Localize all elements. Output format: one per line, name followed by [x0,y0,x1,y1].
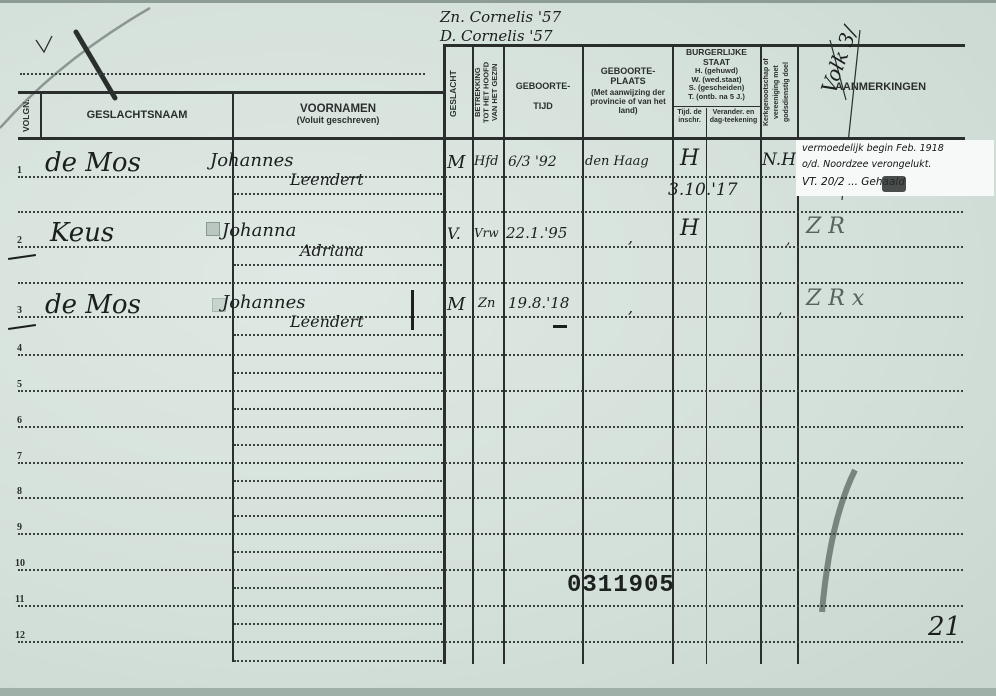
row-subline-9 [234,551,442,553]
note-line-1: vermoedelijk begin Feb. 1918 [802,143,944,154]
header-geslacht: GESLACHT [449,52,467,136]
entry-2-geslacht: V. [447,224,461,243]
entry-2-aanmerking: Z R [806,214,845,239]
header-verander: Verander. en dag-teekening [707,109,760,125]
ink-stamp-icon [882,176,906,192]
row-subline-7 [234,480,442,482]
entry-2-burgerlijke-staat: H [680,216,699,241]
row-number-5: 5 [17,379,22,390]
registration-card: Zn. Cornelis '57 D. Cornelis '57 VOLGN. … [0,0,996,696]
entry-1-aanmerking-note: vermoedelijk begin Feb. 1918 o/d. Noordz… [796,140,994,196]
entry-2-geboortetijd: 22.1.'95 [506,224,567,242]
header-geboortetijd-line1: GEBOORTE- [504,76,582,96]
vertical-mark [411,290,414,330]
row-subline-11 [234,623,442,625]
entry-3-firstname-2: Leendert [290,312,364,331]
row-subline-2 [234,264,442,266]
top-annotation-line1: Zn. Cornelis '57 [440,8,561,26]
entry-2-firstname-1: Johanna [222,220,296,241]
entry-1-betrekking: Hfd [474,154,498,169]
header-kerkgenootschap: Kerkgenootschap of vereeniging met godsd… [762,48,796,136]
header-betrekking: BETREKKING TOT HET HOOFD VAN HET GEZIN [474,48,502,136]
card-number: 0311905 [567,572,675,599]
entry-3-geslacht: M [447,294,465,315]
header-geboorteplaats-line2: PLAATS [584,76,672,86]
row-line-1b [18,211,963,213]
header-dotted-line [20,73,425,75]
note-line-2: o/d. Noordzee verongelukt. [802,159,931,170]
row-number-7: 7 [17,451,22,462]
burgerlijke-staat-subdivider [673,106,760,107]
top-annotation-line2: D. Cornelis '57 [440,27,553,45]
row-number-4: 4 [17,343,22,354]
row-number-1: 1 [17,165,22,176]
entry-3-firstname-1: Johannes [222,292,305,313]
entry-3-aanmerking: Z R x [806,286,864,311]
entry-3-betrekking: Zn [478,296,495,311]
row-number-9: 9 [17,522,22,533]
row-line-2b [18,282,963,284]
header-geboorteplaats: GEBOORTE- PLAATS (Met aanwijzing der pro… [584,66,672,115]
entry-2-geboorteplaats: , [628,228,633,247]
entry-3-surname: de Mos [45,290,141,320]
row-subline-8 [234,515,442,517]
header-top-left-border [18,91,444,94]
row-subline-1 [234,193,442,195]
entry-2-betrekking: Vrw [474,226,499,240]
row-line-9 [18,533,963,535]
header-geslachtsnaam: GESLACHTSNAAM [42,110,232,121]
row-line-10 [18,569,963,571]
entry-1-geboorteplaats: den Haag [585,154,649,169]
header-voornamen-sub: (Voluit geschreven) [234,115,442,126]
row-number-12: 12 [15,630,25,641]
row-subline-12 [234,660,442,662]
entry-2-surname: Keus [50,218,114,248]
header-tijd-inschr: Tijd. de inschr. [673,109,706,125]
row-number-8: 8 [17,486,22,497]
checkbox-mark-icon [206,222,220,236]
entry-3-geboorteplaats: , [628,298,633,317]
header-geboortetijd-line2: TIJD [504,96,582,116]
header-burgerlijke-staat-title: BURGERLIJKE STAAT [673,48,760,67]
row-subline-5 [234,408,442,410]
entry-2-kerkgenootschap: , [786,232,790,248]
row-number-2: 2 [17,235,22,246]
entry-1-firstname-1: Johannes [210,150,293,171]
page-mark: 21 [928,612,961,642]
row-line-6 [18,426,963,428]
entry-2-firstname-2: Adriana [300,241,364,260]
row-number-10: 10 [15,558,25,569]
row-line-11 [18,605,963,607]
header-geboorteplaats-sub: (Met aanwijzing der provincie of van het… [584,88,672,115]
entry-3-geboortetijd: 19.8.'18 [508,294,569,312]
header-burgerlijke-staat: BURGERLIJKE STAAT H. (gehuwd) W. (wed.st… [673,48,760,101]
row-subline-3 [234,334,442,336]
header-geboorteplaats-line1: GEBOORTE- [584,66,672,76]
row-line-4 [18,354,963,356]
year-underline [553,325,567,328]
row-number-11: 11 [15,594,24,605]
entry-1-geboortetijd: 6/3 '92 [508,154,557,170]
row-subline-10 [234,587,442,589]
entry-1-burgerlijke-staat: H [680,146,699,171]
row-number-6: 6 [17,415,22,426]
row-line-12 [18,641,963,643]
entry-1-firstname-2: Leendert [290,170,364,189]
entry-1-surname: de Mos [45,148,141,178]
header-voornamen-title: VOORNAMEN [300,103,376,115]
row-subline-4 [234,372,442,374]
row-line-5 [18,390,963,392]
row-line-3 [18,316,963,318]
row-subline-6 [234,444,442,446]
entry-1-verandering: 3.10.'17 [668,180,738,200]
row-line-8 [18,497,963,499]
entry-3-kerkgenootschap: , [778,302,782,318]
header-volgn: VOLGN. [22,96,36,136]
row-line-2 [18,246,963,248]
entry-1-geslacht: M [447,152,465,173]
header-bs-option-4: T. (ontb. na 5 J.) [673,93,760,102]
header-voornamen: VOORNAMEN (Voluit geschreven) [234,104,442,126]
row-number-3: 3 [17,305,22,316]
row-line-7 [18,462,963,464]
header-geboortetijd: GEBOORTE- TIJD [504,76,582,116]
